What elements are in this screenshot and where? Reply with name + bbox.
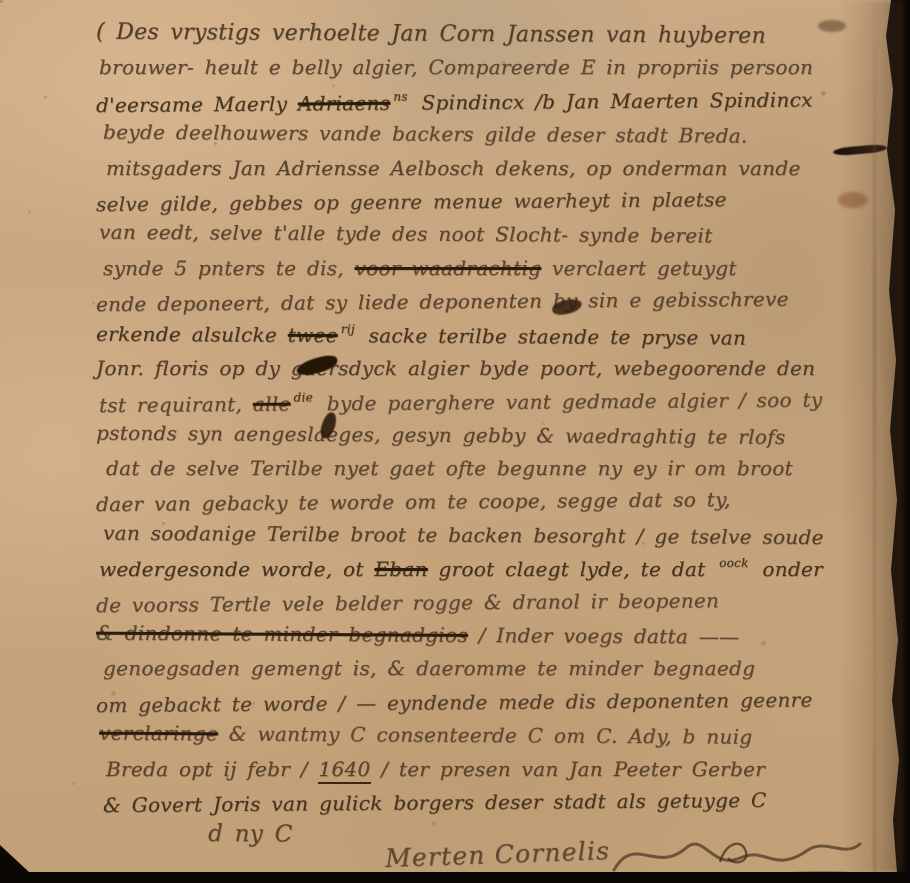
manuscript-line: Breda opt ij febr / 1640 / ter presen va… (106, 757, 878, 790)
manuscript-text-segment: pstonds syn aengeslaeges, gesyn gebby & … (96, 420, 786, 448)
manuscript-text-segment: & Govert Joris van gulick borgers deser … (103, 788, 767, 817)
foxing-specks (0, 0, 3, 3)
manuscript-text-segment: onder (752, 557, 823, 581)
struck-text: voor waadrachtig (355, 256, 542, 280)
manuscript-text-segment: d'eersame Maerly (96, 91, 298, 117)
manuscript-text-segment: genoegsaden gemengt is, & daeromme te mi… (103, 656, 755, 680)
manuscript-text-segment: beyde deelhouwers vande backers gilde de… (103, 120, 748, 148)
scan-bottom-border (0, 872, 910, 883)
manuscript-text-segment: byde paerghere vant gedmade algier / soo… (316, 388, 822, 416)
manuscript-line: mitsgaders Jan Adriensse Aelbosch dekens… (106, 156, 878, 189)
manuscript-text-segment: d ny C (208, 821, 293, 848)
paper-crease (873, 0, 876, 873)
manuscript-line: ende deponeert, dat sy liede deponenten … (96, 286, 878, 326)
manuscript-text-segment: & wantmy C consenteerde C om C. Ady, b n… (218, 722, 753, 749)
manuscript-line: daer van gebacky te worde om te coope, s… (96, 486, 878, 526)
manuscript-text-segment: 1640 (318, 757, 370, 784)
struck-text: Eban (374, 557, 427, 581)
manuscript-line: brouwer- heult e belly algier, Compareer… (99, 55, 878, 88)
manuscript-scan: ( Des vrystigs verhoelte Jan Corn Jansse… (0, 0, 910, 883)
manuscript-text-segment: ( Des vrystigs verhoelte Jan Corn Jansse… (96, 20, 766, 49)
manuscript-line: verclaringe & wantmy C consenteerde C om… (99, 721, 878, 759)
superscript-insert: oock (719, 556, 749, 570)
page-edge-shadow (840, 0, 904, 873)
manuscript-text-segment: Jonr. floris op dy gaersdyck algier byde… (96, 356, 815, 380)
struck-text: Adriaens (298, 91, 391, 116)
manuscript-text-segment: erkende alsulcke (96, 321, 288, 346)
superscript-insert: rij (341, 322, 355, 336)
manuscript-line: genoegsaden gemengt is, & daeromme te mi… (103, 656, 878, 689)
manuscript-line: tst requirant, alledie byde paerghere va… (99, 386, 878, 426)
struck-text: alle (253, 392, 291, 416)
manuscript-line: beyde deelhouwers vande backers gilde de… (103, 120, 878, 158)
superscript-insert: die (293, 391, 313, 405)
manuscript-text-segment: / ter presen van Jan Peeter Gerber (371, 757, 766, 781)
manuscript-line: van soodanige Terilbe broot te backen be… (103, 520, 878, 558)
manuscript-line: wedergesonde worde, ot Eban groot claegt… (99, 556, 878, 589)
manuscript-line: dat de selve Terilbe nyet gaet ofte begu… (106, 456, 878, 489)
manuscript-text-segment: brouwer- heult e belly algier, Compareer… (99, 55, 813, 79)
struck-text: verclaringe (99, 721, 218, 746)
manuscript-text: ( Des vrystigs verhoelte Jan Corn Jansse… (96, 22, 878, 857)
manuscript-line: pstonds syn aengeslaeges, gesyn gebby & … (96, 420, 878, 458)
manuscript-text-segment: dat de selve Terilbe nyet gaet ofte begu… (106, 456, 793, 480)
manuscript-text-segment: verclaert getuygt (541, 256, 736, 280)
manuscript-line: & dindonne te minder begnadgios / Inder … (96, 621, 878, 659)
superscript-insert: ns (393, 89, 408, 103)
manuscript-line: de voorss Tertle vele belder rogge & dra… (96, 587, 878, 627)
manuscript-text-segment: van eedt, selve t'alle tyde des noot Slo… (99, 220, 713, 248)
manuscript-line: van eedt, selve t'alle tyde des noot Slo… (99, 220, 878, 258)
manuscript-text-segment: groot claegt lyde, te dat (428, 557, 716, 581)
manuscript-text-segment: tst requirant, (99, 392, 253, 417)
struck-text: twee (288, 322, 338, 346)
manuscript-line: Jonr. floris op dy gaersdyck algier byde… (96, 356, 878, 389)
manuscript-text-segment: selve gilde, gebbes op geenre menue waer… (96, 187, 727, 216)
manuscript-text-segment: mitsgaders Jan Adriensse Aelbosch dekens… (106, 156, 801, 180)
manuscript-line: erkende alsulcke tweerij sacke terilbe s… (96, 320, 878, 358)
manuscript-text-segment: / Inder voegs datta —— (468, 623, 740, 649)
manuscript-text-segment: synde 5 pnters te dis, (103, 256, 355, 280)
manuscript-line: ( Des vrystigs verhoelte Jan Corn Jansse… (96, 20, 878, 58)
manuscript-text-segment: de voorss Tertle vele belder rogge & dra… (96, 588, 719, 617)
struck-text: & dindonne te minder begnadgios (96, 621, 468, 647)
manuscript-line: synde 5 pnters te dis, voor waadrachtig … (103, 256, 878, 289)
manuscript-text-segment: daer van gebacky te worde om te coope, s… (96, 488, 731, 517)
manuscript-text-segment: sacke terilbe staende te pryse van (358, 323, 746, 349)
manuscript-text-segment: van soodanige Terilbe broot te backen be… (103, 520, 824, 548)
manuscript-text-segment: ende deponeert, dat sy liede deponenten … (96, 287, 789, 316)
manuscript-text-segment: wedergesonde worde, ot (99, 557, 374, 581)
manuscript-text-segment: om gebackt te worde / — eyndende mede di… (96, 687, 813, 717)
manuscript-text-segment: Breda opt ij febr / (106, 757, 318, 781)
manuscript-text-segment: Spindincx /b Jan Maerten Spindincx (411, 87, 813, 114)
